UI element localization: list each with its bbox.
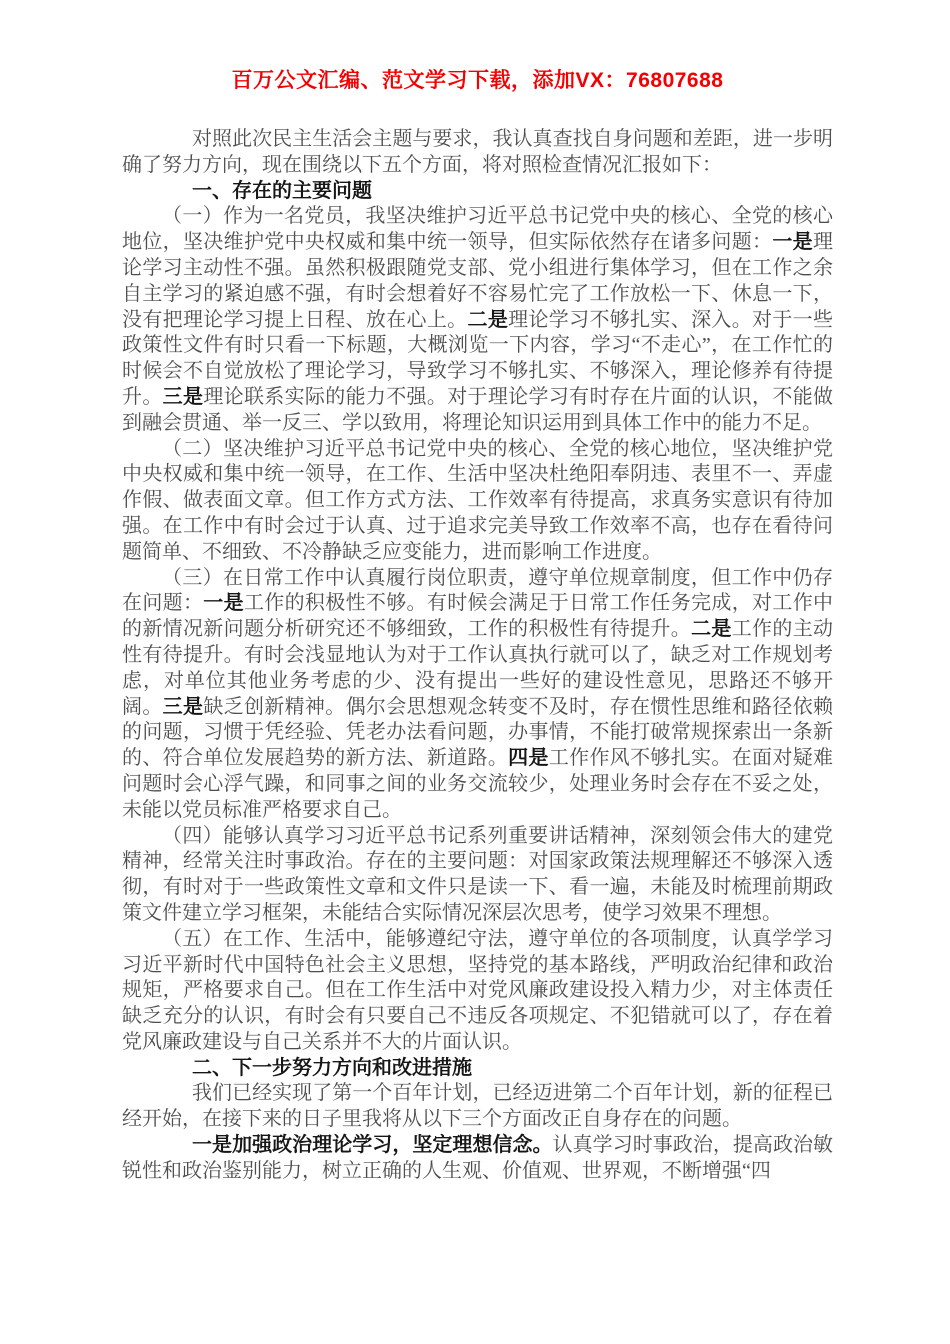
paragraph-item-3: （三）在日常工作中认真履行岗位职责，遵守单位规章制度，但工作中仍存在问题：一是工… [122, 566, 833, 824]
text-run: 我们已经实现了第一个百年计划，已经迈进第二个百年计划，新的征程已经开始，在接下来… [122, 1082, 833, 1130]
paragraph-next-intro: 我们已经实现了第一个百年计划，已经迈进第二个百年计划，新的征程已经开始，在接下来… [122, 1081, 833, 1133]
text-run-bold: 二是 [468, 309, 509, 331]
text-run-bold: 四是 [508, 747, 549, 769]
text-run-bold: 三是 [163, 386, 204, 408]
paragraph-intro: 对照此次民主生活会主题与要求，我认真查找自身问题和差距，进一步明确了努力方向，现… [122, 127, 833, 179]
text-run-bold: 三是 [163, 696, 204, 718]
paragraph-item-5: （五）在工作、生活中，能够遵纪守法，遵守单位的各项制度，认真学学习习近平新时代中… [122, 927, 833, 1056]
text-run: 对照此次民主生活会主题与要求，我认真查找自身问题和差距，进一步明确了努力方向，现… [122, 128, 833, 176]
text-run: （四）能够认真学习习近平总书记系列重要讲话精神，深刻领会伟大的建党精神，经常关注… [122, 825, 833, 924]
promo-banner: 百万公文汇编、范文学习下载，添加VX：76807688 [122, 68, 833, 94]
text-run: 理论联系实际的能力不强。对于理论学习有时存在片面的认识，不能做到融会贯通、举一反… [122, 386, 833, 434]
heading-next-steps: 二、下一步努力方向和改进措施 [122, 1056, 833, 1082]
paragraph-item-2: （二）坚决维护习近平总书记党中央的核心、全党的核心地位，坚决维护党中央权威和集中… [122, 437, 833, 566]
text-run: 一、存在的主要问题 [192, 180, 372, 202]
text-run-bold: 一是 [203, 592, 244, 614]
heading-main-problems: 一、存在的主要问题 [122, 179, 833, 205]
paragraph-item-1: （一）作为一名党员，我坚决维护习近平总书记党中央的核心、全党的核心地位，坚决维护… [122, 204, 833, 436]
text-run-bold: 二是 [691, 618, 732, 640]
paragraph-item-4: （四）能够认真学习习近平总书记系列重要讲话精神，深刻领会伟大的建党精神，经常关注… [122, 824, 833, 927]
document-body: 对照此次民主生活会主题与要求，我认真查找自身问题和差距，进一步明确了努力方向，现… [122, 127, 833, 1185]
text-run: （一）作为一名党员，我坚决维护习近平总书记党中央的核心、全党的核心地位，坚决维护… [122, 205, 833, 253]
paragraph-measure-1: 一是加强政治理论学习，坚定理想信念。认真学习时事政治，提高政治敏锐性和政治鉴别能… [122, 1133, 833, 1185]
text-run: （五）在工作、生活中，能够遵纪守法，遵守单位的各项制度，认真学学习习近平新时代中… [122, 928, 833, 1053]
text-run: 二、下一步努力方向和改进措施 [192, 1057, 472, 1079]
text-run: （二）坚决维护习近平总书记党中央的核心、全党的核心地位，坚决维护党中央权威和集中… [122, 438, 833, 563]
document-page: 百万公文汇编、范文学习下载，添加VX：76807688 对照此次民主生活会主题与… [0, 0, 950, 1344]
text-run-bold: 一是 [772, 231, 813, 253]
text-run-bold: 一是加强政治理论学习，坚定理想信念。 [192, 1134, 553, 1156]
